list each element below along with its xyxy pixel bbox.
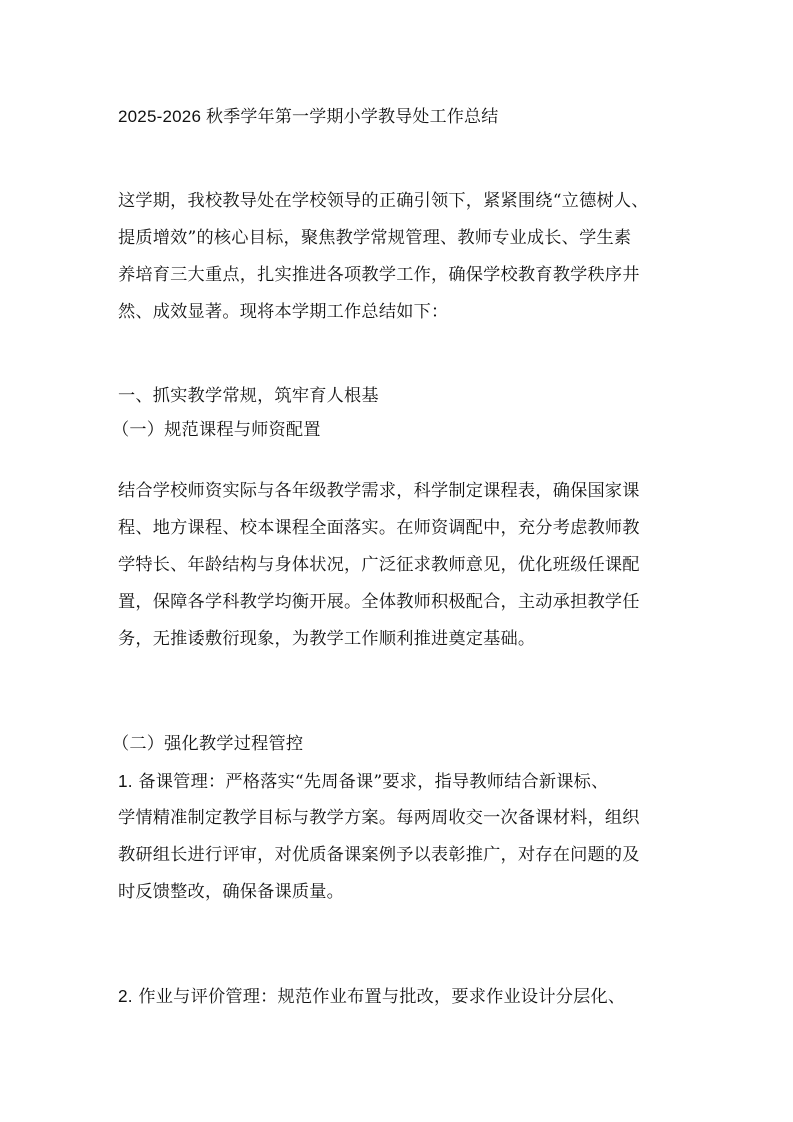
subsection-2-heading: （二）强化教学过程管控 [112,733,672,755]
sub1-line-4: 置，保障各学科教学均衡开展。全体教师积极配合，主动承担教学任 [118,591,678,613]
document-page: 2025-2026 秋季学年第一学期小学教导处工作总结 这学期，我校教导处在学校… [0,0,793,1122]
item-2-number: 2. [118,986,133,1006]
section-1-heading: 一、抓实教学常规，筑牢育人根基 [118,385,678,407]
item-1-line-2: 学情精准制定教学目标与教学方案。每两周收交一次备课材料，组织 [118,807,678,829]
intro-line-1: 这学期，我校教导处在学校领导的正确引领下，紧紧围绕“立德树人、 [118,190,678,212]
item-1-number: 1. [118,771,133,791]
intro-line-2: 提质增效”的核心目标，聚焦教学常规管理、教师专业成长、学生素 [118,227,678,249]
sub1-line-1: 结合学校师资实际与各年级教学需求，科学制定课程表，确保国家课 [118,480,678,502]
item-1-line-1: 1. 备课管理：严格落实“先周备课”要求，指导教师结合新课标、 [118,770,678,793]
item-2-text: 作业与评价管理：规范作业布置与批改，要求作业设计分层化、 [138,987,625,1007]
item-1-line-3: 教研组长进行评审，对优质备课案例予以表彰推广，对存在问题的及 [118,844,678,866]
document-title: 2025-2026 秋季学年第一学期小学教导处工作总结 [118,106,678,128]
sub1-line-5: 务，无推诿敷衍现象，为教学工作顺利推进奠定基础。 [118,628,678,650]
subsection-1-heading: （一）规范课程与师资配置 [112,419,672,441]
sub1-line-3: 学特长、年龄结构与身体状况，广泛征求教师意见，优化班级任课配 [118,554,678,576]
item-1-line-4: 时反馈整改，确保备课质量。 [118,881,678,903]
item-2-line-1: 2. 作业与评价管理：规范作业布置与批改，要求作业设计分层化、 [118,985,678,1008]
intro-line-4: 然、成效显著。现将本学期工作总结如下： [118,301,678,323]
item-1-text: 备课管理：严格落实“先周备课”要求，指导教师结合新课标、 [138,772,608,792]
sub1-line-2: 程、地方课程、校本课程全面落实。在师资调配中，充分考虑教师教 [118,517,678,539]
intro-line-3: 养培育三大重点，扎实推进各项教学工作，确保学校教育教学秩序井 [118,264,678,286]
